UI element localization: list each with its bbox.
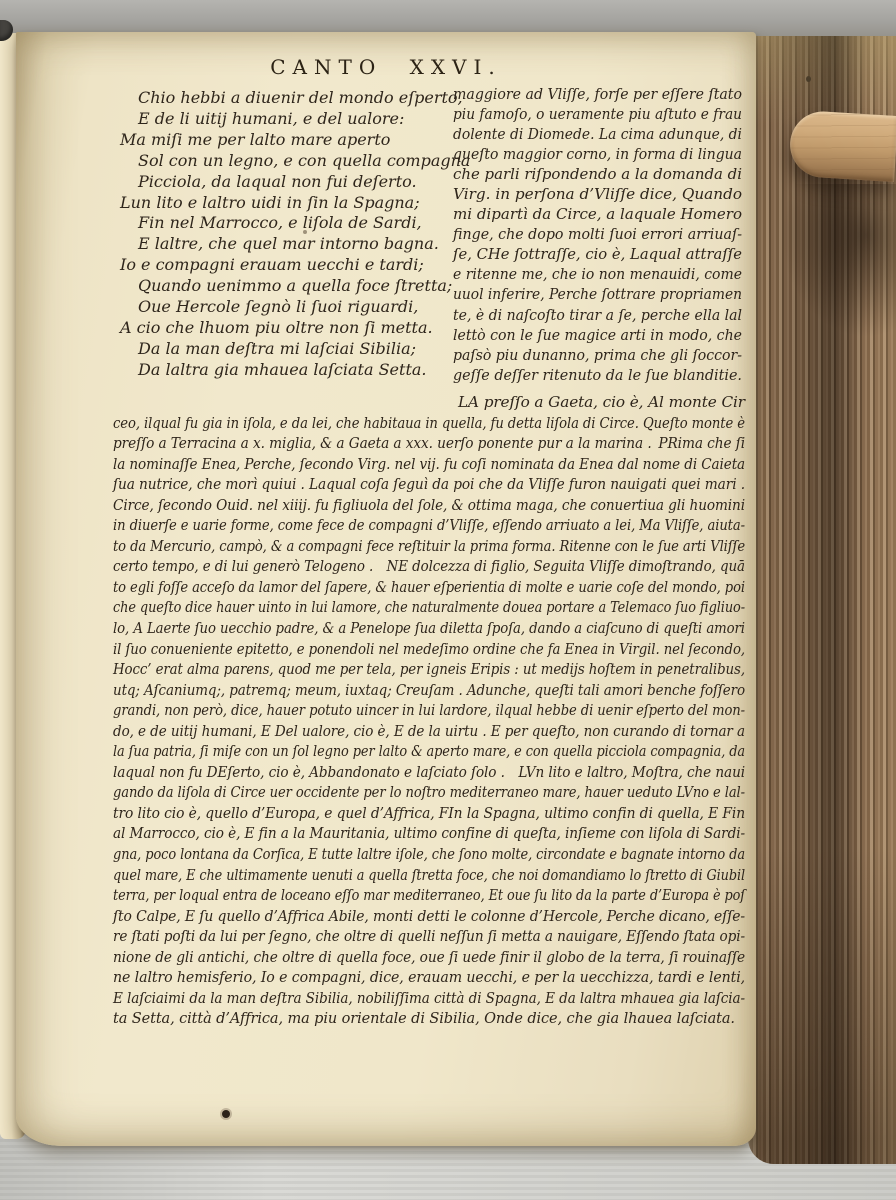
rod-shadow [776,184,896,344]
book-page: CANTO XXVI. Chio hebbi a diuenir del mon… [16,32,756,1146]
commentary-line: la ſua patria, ſi miſe con un ſol legno … [113,742,745,763]
verse-line: Chio hebbi a diuenir del mondo eſperto, [120,88,462,109]
commentary-line: re ſtati poſti da lui per ſegno, che olt… [113,927,745,948]
commentary-line: geſſe deſſer ritenuto da le ſue blanditi… [453,366,742,386]
commentary-line: paſsò piu dunanno, prima che gli ſoccor- [453,346,742,366]
commentary-line: Virg. in perſona d’Vliſſe dice, Quando [453,185,742,205]
canto-heading: CANTO XXVI. [16,56,756,78]
commentary-line: al Marrocco, cio è, E fin a la Mauritani… [113,824,745,845]
verse-line: Io e compagni erauam uecchi e tardi; [120,255,462,276]
wormhole-speck [222,1110,230,1118]
commentary-line: il ſuo conueniente epitetto, e ponendoli… [113,640,745,661]
verse-line: Da la man deſtra mi laſciai Sibilia; [120,339,462,360]
ink-speck [806,76,811,82]
commentary-line: gna, poco lontana da Corſica, E tutte la… [113,845,745,866]
commentary-line: Circe, ſecondo Ouid. nel xiiij. fu figli… [113,496,745,517]
commentary-line: finge, che dopo molti ſuoi errori arriua… [453,225,742,245]
verse-line: Fin nel Marrocco, e liſola de Sardi, [120,213,462,234]
verse-line: E de li uitij humani, e del ualore: [120,109,462,130]
commentary-line: queſto maggior corno, in forma di lingua [453,145,742,165]
book-fore-edge [748,36,896,1164]
verse-line: Picciola, da laqual non fui deſerto. [120,172,462,193]
commentary-full-width: LA preſſo a Gaeta, cio è, Al monte Circe… [113,393,745,1030]
commentary-line: preſſo a Terracina a x. miglia, & a Gaet… [113,434,745,455]
commentary-line: gando da liſola di Circe uer occidente p… [113,783,745,804]
commentary-line: ſe, CHe ſottraſſe, cio è, Laqual attraſſ… [453,245,742,265]
commentary-line: lo, A Laerte ſuo uecchio padre, & a Pene… [113,619,745,640]
commentary-line: la nominaſſe Enea, Perche, ſecondo Virg.… [113,455,745,476]
verse-line: Sol con un legno, e con quella compagna [120,151,462,172]
commentary-line: piu famoſo, o ueramente piu aſtuto e fra… [453,105,742,125]
commentary-line: tro lito cio è, quello d’Europa, e quel … [113,804,745,825]
commentary-line: uuol inferire, Perche ſottrare propriame… [453,285,742,305]
commentary-line: che queſto dice hauer uinto in lui lamor… [113,598,745,619]
commentary-line: dolente di Diomede. La cima adunque, di [453,125,742,145]
verse-line: Ma miſi me per lalto mare aperto [120,130,462,151]
commentary-line: te, è di naſcoſto tirar a ſe, perche ell… [453,306,742,326]
commentary-line: ne laltro hemisferio, Io e compagni, dic… [113,968,745,989]
commentary-line: maggiore ad Vliſſe, forſe per eſſere ſta… [453,85,742,105]
commentary-line: laqual non fu DEſerto, cio è, Abbandonat… [113,763,745,784]
book-photograph: CANTO XXVI. Chio hebbi a diuenir del mon… [0,0,896,1200]
verse-line: Oue Hercole ſegnò li ſuoi riguardi, [120,297,462,318]
commentary-line: utq; Aſcaniumq;, patremq; meum, iuxtaq; … [113,681,745,702]
commentary-line: Hocc’ erat alma parens, quod me per tela… [113,660,745,681]
commentary-line: in diuerſe e uarie forme, come fece de c… [113,516,745,537]
commentary-line: ceo, ilqual fu gia in iſola, e da lei, c… [113,414,745,435]
commentary-line: ſto Calpe, E ſu quello d’Affrica Abile, … [113,907,745,928]
commentary-line: E laſciaimi da la man deſtra Sibilia, no… [113,989,745,1010]
commentary-line: mi dipartì da Circe, a laquale Homero [453,205,742,225]
commentary-line: ſua nutrice, che morì quiui . Laqual coſ… [113,475,745,496]
verse-line: Da laltra gia mhauea laſciata Setta. [120,360,462,381]
commentary-line: quel mare, E che ultimamente uenuti a qu… [113,866,745,887]
commentary-line: ta Setta, città d’Affrica, ma piu orient… [113,1009,745,1030]
commentary-line: che parli riſpondendo a la domanda di [453,165,742,185]
commentary-line: grandi, non però, dice, hauer potuto uin… [113,701,745,722]
background-top [0,0,896,36]
verse-line: A cio che lhuom piu oltre non ſi metta. [120,318,462,339]
commentary-line: LA preſſo a Gaeta, cio è, Al monte Cir [113,393,745,414]
commentary-line: certo tempo, e di lui generò Telogeno . … [113,557,745,578]
commentary-line: e ritenne me, che io non menauidi, come [453,265,742,285]
commentary-line: nione de gli antichi, che oltre di quell… [113,948,745,969]
commentary-line: lettò con le ſue magice arti in modo, ch… [453,326,742,346]
verse-line: Quando uenimmo a quella foce ſtretta; [120,276,462,297]
commentary-line: to da Mercurio, campò, & a compagni fece… [113,537,745,558]
verse-column: Chio hebbi a diuenir del mondo eſperto,E… [120,88,462,381]
commentary-line: to egli foſſe acceſo da lamor del ſapere… [113,578,745,599]
verse-line: Lun lito e laltro uidi in ſin la Spagna; [120,193,462,214]
commentary-line: do, e de uitij humani, E Del ualore, cio… [113,722,745,743]
wooden-page-weight [788,110,896,182]
commentary-column: maggiore ad Vliſſe, forſe per eſſere ſta… [453,85,742,386]
commentary-line: terra, per loqual entra de loceano eſſo … [113,886,745,907]
paper-speck [303,230,307,234]
verse-line: E laltre, che quel mar intorno bagna. [120,234,462,255]
